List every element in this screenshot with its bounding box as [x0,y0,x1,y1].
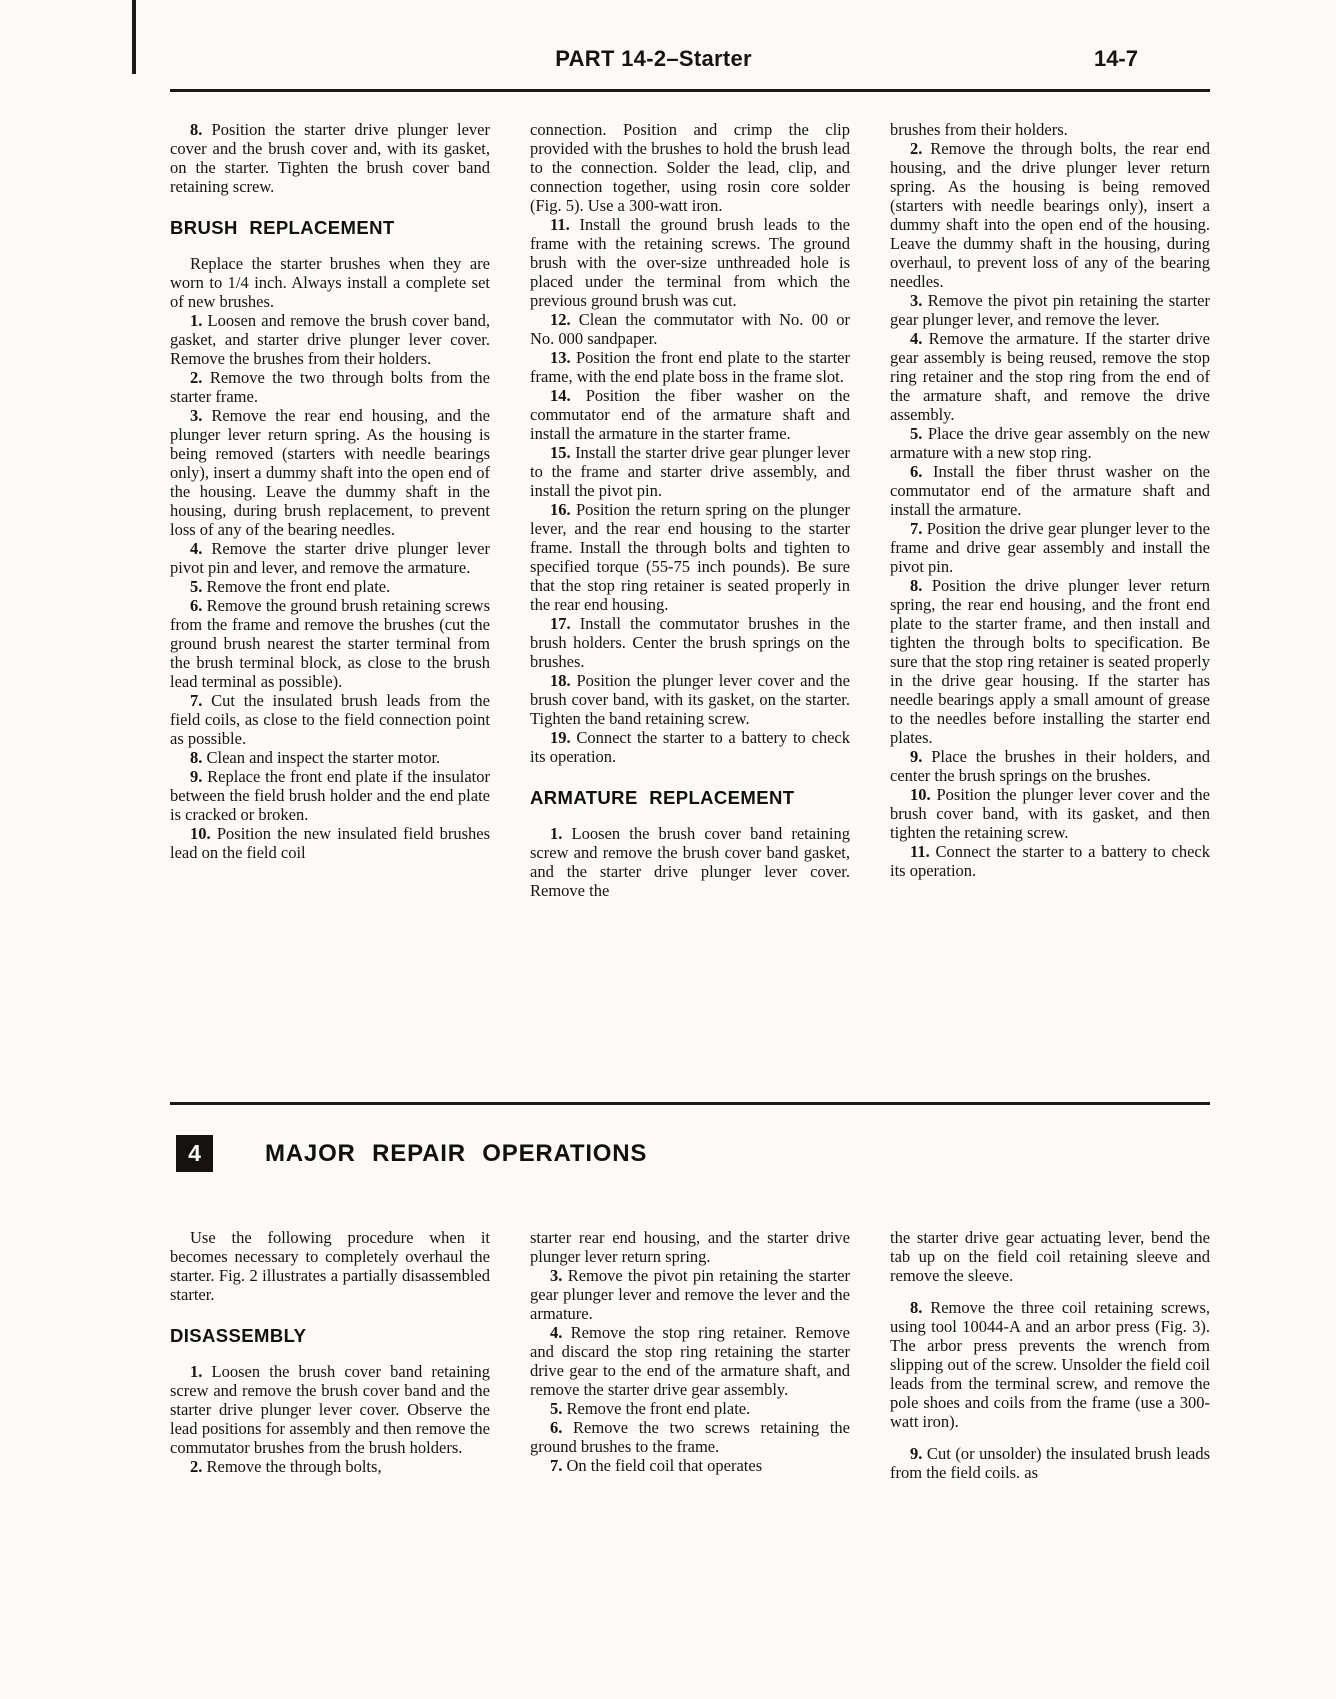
paragraph: 16. Position the return spring on the pl… [530,500,850,614]
paragraph: 4. Remove the starter drive plunger leve… [170,539,490,577]
step-number: 1. [190,1362,202,1381]
bottom-column-1: Use the following procedure when it beco… [170,1228,490,1482]
step-number: 5. [190,577,202,596]
paragraph: 3. Remove the pivot pin retaining the st… [890,291,1210,329]
paragraph: 8. Position the drive plunger lever retu… [890,576,1210,747]
paragraph: 15. Install the starter drive gear plung… [530,443,850,500]
step-number: 18. [550,671,571,690]
paragraph: 8. Position the starter drive plunger le… [170,120,490,196]
paragraph: 11. Install the ground brush leads to th… [530,215,850,310]
paragraph: 5. Remove the front end plate. [170,577,490,596]
page-header: PART 14-2–Starter 14-7 [170,46,1210,74]
step-number: 7. [550,1456,562,1475]
step-number: 3. [190,406,202,425]
step-number: 8. [190,120,202,139]
step-number: 12. [550,310,571,329]
step-number: 1. [550,824,562,843]
paragraph: 18. Position the plunger lever cover and… [530,671,850,728]
top-section: 8. Position the starter drive plunger le… [170,92,1210,1080]
step-number: 1. [190,311,202,330]
paragraph: 7. Position the drive gear plunger lever… [890,519,1210,576]
step-number: 3. [550,1266,562,1285]
paragraph: 8. Remove the three coil retaining screw… [890,1298,1210,1431]
paragraph: Replace the starter brushes when they ar… [170,254,490,311]
paragraph: 9. Cut (or unsolder) the insulated brush… [890,1444,1210,1482]
paragraph: 6. Remove the two screws retaining the g… [530,1418,850,1456]
paragraph: 9. Place the brushes in their holders, a… [890,747,1210,785]
step-number: 3. [910,291,922,310]
step-number: 16. [550,500,571,519]
step-number: 2. [910,139,922,158]
step-number: 6. [190,596,202,615]
paragraph: 12. Clean the commutator with No. 00 or … [530,310,850,348]
step-number: 8. [910,1298,922,1317]
paragraph: 1. Loosen the brush cover band retaining… [530,824,850,900]
paragraph: the starter drive gear actuating lever, … [890,1228,1210,1285]
paragraph: 4. Remove the stop ring retainer. Remove… [530,1323,850,1399]
step-number: 7. [190,691,202,710]
paragraph: 1. Loosen and remove the brush cover ban… [170,311,490,368]
column-heading: ARMATURE REPLACEMENT [530,788,850,807]
section-banner: 4 MAJOR REPAIR OPERATIONS [176,1135,1210,1172]
top-column-2: connection. Position and crimp the clip … [530,120,850,1080]
column-heading: BRUSH REPLACEMENT [170,218,490,237]
step-number: 10. [190,824,211,843]
paragraph: 14. Position the fiber washer on the com… [530,386,850,443]
step-number: 9. [190,767,202,786]
paragraph: 10. Position the new insulated field bru… [170,824,490,862]
bottom-column-2: starter rear end housing, and the starte… [530,1228,850,1482]
column-heading: DISASSEMBLY [170,1326,490,1345]
step-number: 17. [550,614,571,633]
step-number: 15. [550,443,571,462]
step-number: 9. [910,747,922,766]
paragraph: 10. Position the plunger lever cover and… [890,785,1210,842]
page-number: 14-7 [1094,46,1138,72]
step-number: 8. [910,576,922,595]
paragraph: 7. Cut the insulated brush leads from th… [170,691,490,748]
paragraph: starter rear end housing, and the starte… [530,1228,850,1266]
paragraph: 2. Remove the through bolts, the rear en… [890,139,1210,291]
step-number: 13. [550,348,571,367]
step-number: 4. [550,1323,562,1342]
step-number: 19. [550,728,571,747]
step-number: 11. [910,842,930,861]
paragraph: 7. On the field coil that operates [530,1456,850,1475]
paragraph: 8. Clean and inspect the starter motor. [170,748,490,767]
paragraph: 3. Remove the pivot pin retaining the st… [530,1266,850,1323]
top-column-3: brushes from their holders.2. Remove the… [890,120,1210,1080]
step-number: 4. [190,539,202,558]
paragraph: 1. Loosen the brush cover band retaining… [170,1362,490,1457]
paragraph: 13. Position the front end plate to the … [530,348,850,386]
paragraph: 9. Replace the front end plate if the in… [170,767,490,824]
step-number: 11. [550,215,570,234]
step-number: 9. [910,1444,922,1463]
top-column-1: 8. Position the starter drive plunger le… [170,120,490,1080]
bottom-section: Use the following procedure when it beco… [170,1228,1210,1482]
step-number: 4. [910,329,922,348]
step-number: 6. [910,462,922,481]
scan-artifact-line [132,0,136,74]
paragraph: 3. Remove the rear end housing, and the … [170,406,490,539]
paragraph: Use the following procedure when it beco… [170,1228,490,1304]
bottom-column-3: the starter drive gear actuating lever, … [890,1228,1210,1482]
step-number: 2. [190,1457,202,1476]
paragraph: connection. Position and crimp the clip … [530,120,850,215]
paragraph: 11. Connect the starter to a battery to … [890,842,1210,880]
paragraph: 5. Remove the front end plate. [530,1399,850,1418]
section-divider-rule [170,1102,1210,1105]
paragraph: 5. Place the drive gear assembly on the … [890,424,1210,462]
paragraph: 6. Install the fiber thrust washer on th… [890,462,1210,519]
step-number: 5. [910,424,922,443]
step-number: 7. [910,519,922,538]
paragraph: 2. Remove the through bolts, [170,1457,490,1476]
part-title: PART 14-2–Starter [555,46,752,72]
section-number-badge: 4 [176,1135,213,1172]
step-number: 6. [550,1418,562,1437]
step-number: 8. [190,748,202,767]
step-number: 5. [550,1399,562,1418]
manual-page: PART 14-2–Starter 14-7 8. Position the s… [0,0,1336,1699]
paragraph: 19. Connect the starter to a battery to … [530,728,850,766]
paragraph: 17. Install the commutator brushes in th… [530,614,850,671]
step-number: 14. [550,386,571,405]
paragraph: 2. Remove the two through bolts from the… [170,368,490,406]
paragraph: brushes from their holders. [890,120,1210,139]
section-title: MAJOR REPAIR OPERATIONS [265,1140,647,1168]
page-content: PART 14-2–Starter 14-7 8. Position the s… [170,46,1210,1482]
step-number: 10. [910,785,931,804]
paragraph: 6. Remove the ground brush retaining scr… [170,596,490,691]
step-number: 2. [190,368,202,387]
paragraph: 4. Remove the armature. If the starter d… [890,329,1210,424]
